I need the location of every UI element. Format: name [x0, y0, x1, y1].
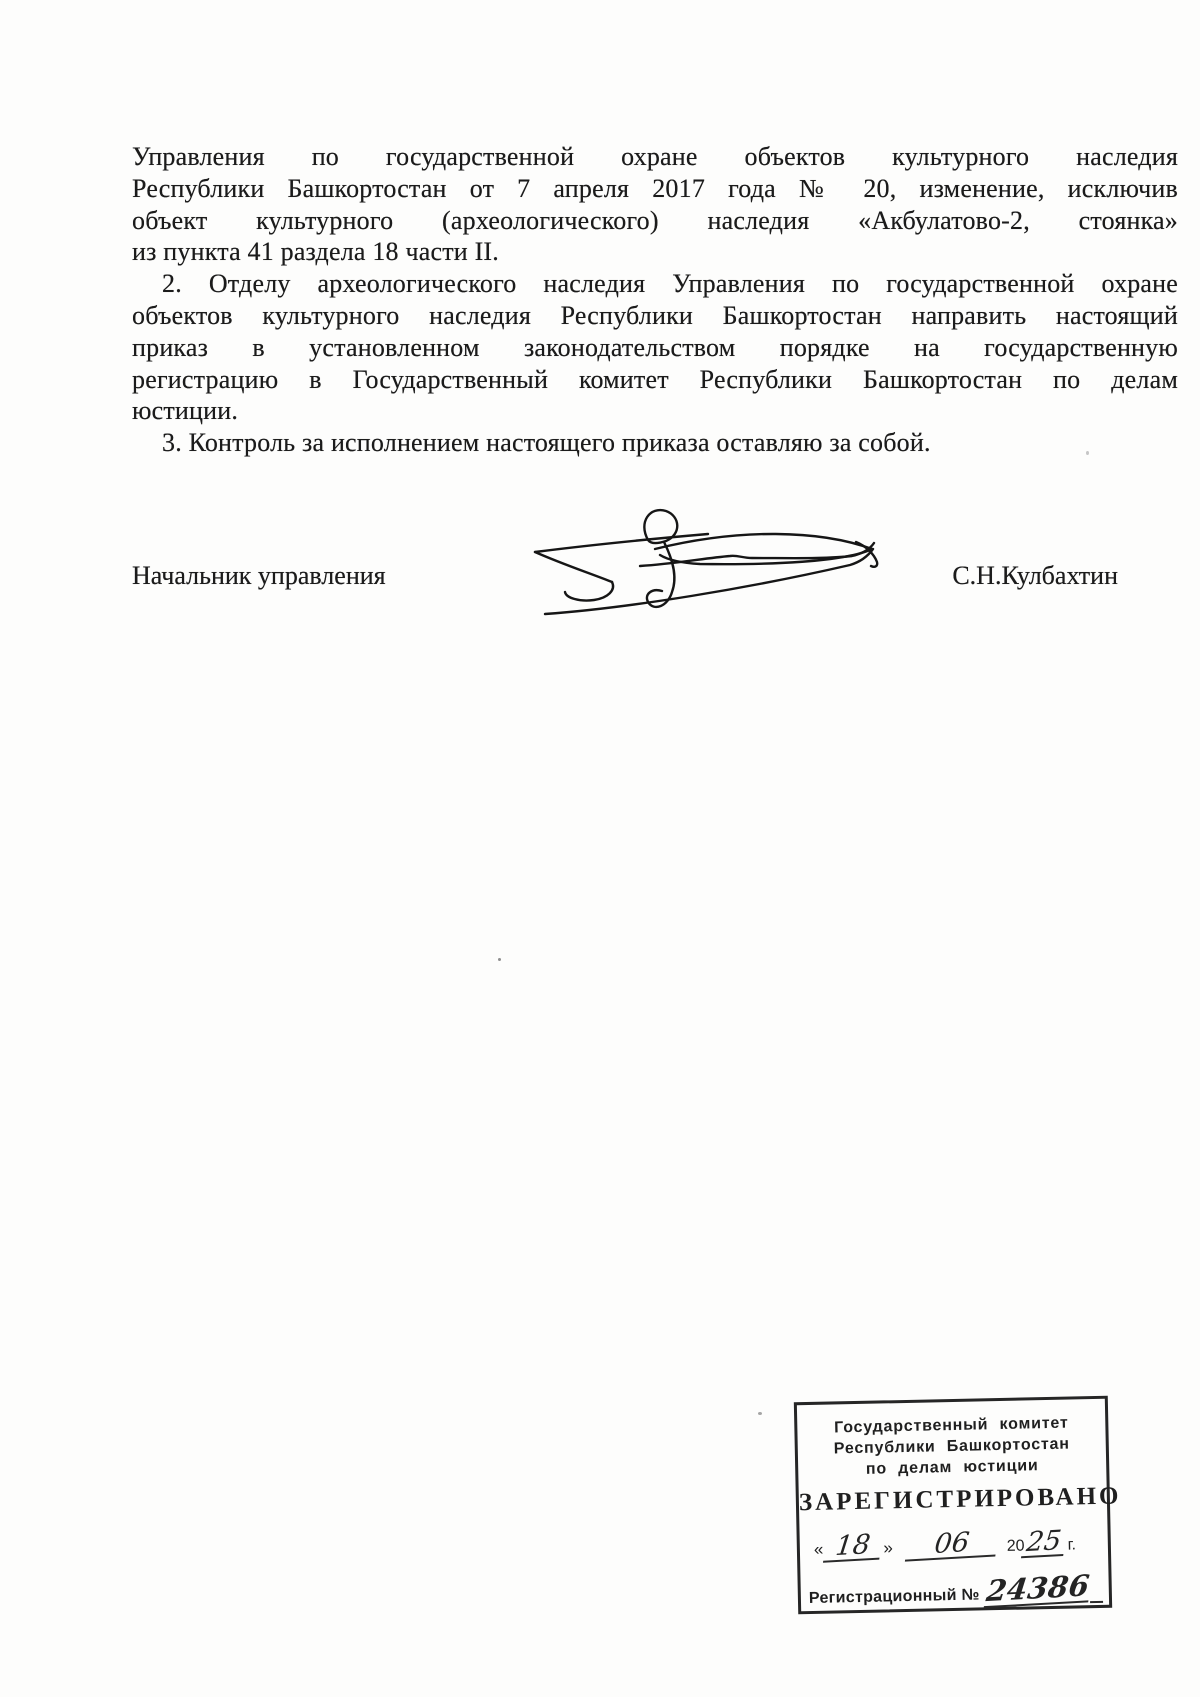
stamp-regnumber-value: 24386: [983, 1571, 1091, 1608]
regnumber-underline: [1090, 1600, 1103, 1603]
paragraph-continuation: Управления по государственной охране объ…: [132, 141, 1178, 268]
stamp-date-month: 06: [905, 1527, 999, 1561]
order-body-text: Управления по государственной охране объ…: [132, 141, 1178, 459]
document-page: Управления по государственной охране объ…: [0, 0, 1200, 1697]
signer-name: С.Н.Кулбахтин: [952, 561, 1118, 591]
text-line: Управления по государственной охране объ…: [132, 141, 1178, 173]
stamp-regnumber-label: Регистрационный №: [809, 1586, 980, 1608]
registration-stamp: Государственный комитет Республики Башко…: [794, 1396, 1112, 1615]
text-line: 2. Отделу археологического наследия Упра…: [132, 268, 1178, 300]
signer-position-label: Начальник управления: [132, 561, 386, 591]
scan-speck: [758, 1412, 762, 1415]
stamp-organization: Государственный комитет Республики Башко…: [797, 1412, 1106, 1481]
scan-speck: [498, 958, 501, 961]
handwritten-signature-icon: [500, 492, 900, 627]
text-line: объект культурного (археологического) на…: [132, 205, 1178, 237]
text-line: из пункта 41 раздела 18 части II.: [132, 236, 1178, 268]
text-line: 3. Контроль за исполнением настоящего пр…: [132, 427, 1178, 459]
paragraph-item-2: 2. Отделу археологического наследия Упра…: [132, 268, 1178, 427]
stamp-date-year: 25: [1021, 1527, 1067, 1558]
stamp-registered-label: ЗАРЕГИСТРИРОВАНО: [799, 1483, 1108, 1517]
stamp-registration-number-line: Регистрационный № 24386: [809, 1573, 1104, 1610]
stamp-year-suffix: г.: [1067, 1536, 1076, 1554]
text-line: объектов культурного наследия Республики…: [132, 300, 1178, 332]
open-quote: «: [814, 1540, 824, 1560]
text-line: юстиции.: [132, 395, 1178, 427]
paragraph-item-3: 3. Контроль за исполнением настоящего пр…: [132, 427, 1178, 459]
scan-speck: [1086, 451, 1089, 455]
close-quote: »: [883, 1538, 893, 1558]
stamp-date-line: « 18 » 06 20 25 г.: [814, 1527, 1101, 1562]
text-line: регистрацию в Государственный комитет Ре…: [132, 364, 1178, 396]
text-line: приказ в установленном законодательством…: [132, 332, 1178, 364]
text-line: Республики Башкортостан от 7 апреля 2017…: [132, 173, 1178, 205]
stamp-date-day: 18: [823, 1530, 883, 1562]
